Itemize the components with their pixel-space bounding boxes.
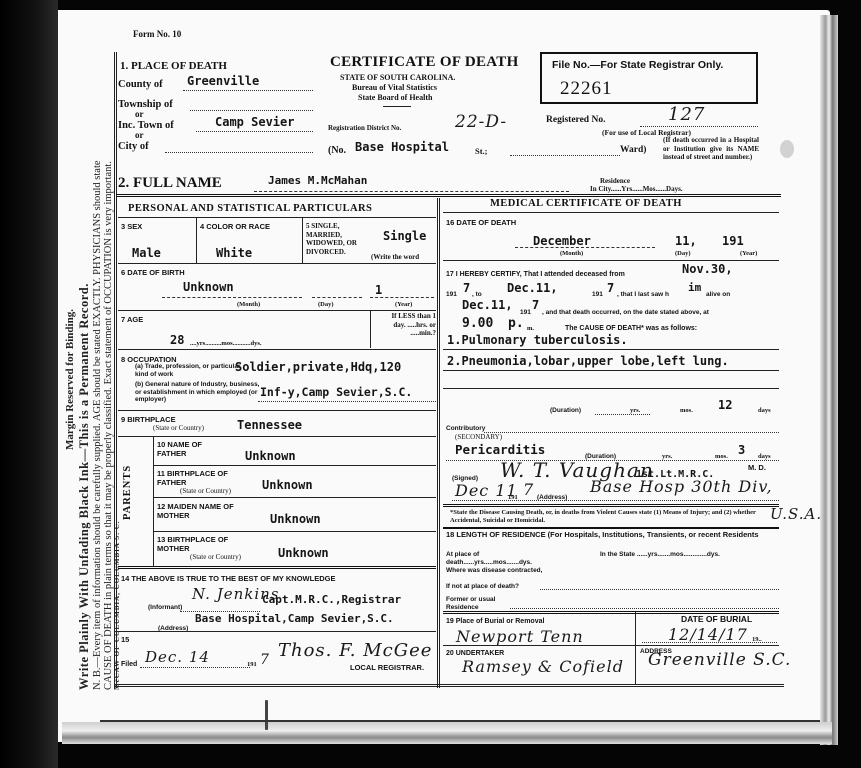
time-ampm: p.	[508, 316, 524, 331]
duration-yrs-dots	[595, 414, 650, 415]
certificate-title: CERTIFICATE OF DEATH	[330, 54, 519, 71]
full-name-dashes	[254, 191, 569, 192]
file-box-header: File No.—For State Registrar Only.	[552, 59, 723, 71]
rule	[118, 217, 436, 218]
duration-yrs: yrs.	[630, 407, 640, 414]
city-dots	[165, 152, 313, 153]
marital-value: Single	[383, 229, 426, 243]
informant-address: Base Hospital,Camp Sevier,S.C.	[195, 612, 394, 625]
margin-nb-line1: N. B.—Every item of information should b…	[92, 160, 103, 690]
cause-2: 2.Pneumonia,lobar,upper lobe,left lung.	[447, 354, 729, 368]
less-than-day: If LESS than 1 day. .....hrs. or .....mi…	[380, 312, 436, 338]
if-not-label: If not at place of death?	[446, 583, 519, 590]
m-label: m.	[527, 325, 534, 332]
dob-month: Unknown	[183, 280, 234, 294]
rule	[443, 527, 779, 529]
duration-label: (Duration)	[550, 407, 581, 414]
county-label: County of	[118, 79, 163, 90]
former-residence-label: Former or usual Residence	[446, 596, 516, 612]
contrib-days: days	[758, 453, 771, 460]
duration-mos: mos.	[680, 407, 693, 414]
filed-date: Dec. 14	[145, 648, 210, 666]
city-label: City of	[118, 141, 149, 152]
township-dots	[190, 110, 313, 111]
bureau-line: Bureau of Vital Statistics	[352, 83, 437, 92]
birthplace-label: 9 BIRTHPLACE	[121, 415, 176, 424]
binding-shadow	[0, 0, 58, 768]
from-year-prefix: 191	[446, 291, 457, 298]
reg-district-label: Registration District No.	[328, 124, 401, 132]
age-label: 7 AGE	[121, 315, 143, 324]
st-label: St.;	[475, 146, 488, 156]
contributory-value: Pericarditis	[455, 442, 545, 457]
rule	[443, 388, 779, 389]
full-name-label: 2. FULL NAME	[118, 175, 222, 192]
cause-label: The CAUSE OF DEATH* was as follows:	[565, 325, 697, 332]
dod-label: 16 DATE OF DEATH	[446, 218, 516, 227]
name-rule	[116, 194, 781, 197]
occ-a-label: (a) Trade, profession, or particular kin…	[135, 363, 245, 378]
father-bp-label: 11 BIRTHPLACE OF FATHER	[157, 469, 237, 487]
dob-day-line	[312, 297, 362, 298]
ward-dots	[510, 155, 620, 156]
burial-date-dots	[642, 642, 777, 643]
signed-year: 7	[523, 480, 534, 499]
rule	[153, 436, 154, 566]
rule	[443, 260, 779, 261]
filed-label: Filed	[121, 661, 137, 668]
physician-address-2: U.S.A.	[770, 505, 822, 523]
county-value: Greenville	[187, 74, 259, 88]
to-label: , to	[472, 291, 482, 298]
last-saw-year-prefix: 191	[520, 309, 531, 316]
dob-year: 1	[375, 283, 382, 297]
rule	[302, 217, 303, 263]
town-dots	[196, 131, 313, 132]
rule	[443, 645, 779, 646]
where-contracted-label: Where was disease contracted,	[446, 567, 542, 574]
occ-b-value: Inf-y,Camp Sevier,S.C.	[260, 385, 412, 399]
md-label: M. D.	[748, 463, 766, 472]
rule	[196, 217, 197, 263]
length-residence-label: 18 LENGTH OF RESIDENCE (For Hospitals, I…	[446, 531, 780, 540]
title-rule	[383, 106, 411, 107]
if-not-dots	[540, 589, 779, 590]
page-edge-bottom	[62, 722, 832, 744]
sex-label: 3 SEX	[121, 222, 142, 231]
contributory-dots	[484, 432, 779, 433]
contributory-label: Contributory	[446, 425, 485, 432]
place-of-death-label: 1. PLACE OF DEATH	[120, 60, 227, 72]
rule	[118, 436, 436, 437]
burial-date-label: DATE OF BURIAL	[681, 614, 752, 624]
mother-bp-label: 13 BIRTHPLACE OF MOTHER	[157, 535, 237, 553]
township-label: Township of	[118, 99, 173, 110]
informant-title: Capt.M.R.C.,Registrar	[262, 593, 401, 606]
or-label-2: or	[135, 130, 144, 140]
page-bottom-line	[100, 720, 820, 722]
mother-bp-value: Unknown	[278, 546, 329, 560]
him: im	[688, 281, 701, 294]
occ-b-dots	[258, 401, 436, 402]
filed-number: 15	[121, 635, 129, 644]
contrib-duration-days: 3	[738, 443, 745, 457]
rule	[443, 212, 779, 213]
registrar-signature: Thos. F. McGee	[278, 640, 432, 661]
board-line: State Board of Health	[358, 93, 432, 102]
informant-label: (Informant)	[148, 604, 182, 611]
medical-header: MEDICAL CERTIFICATE OF DEATH	[490, 198, 682, 209]
dod-month-line	[515, 247, 655, 248]
local-registrar-label: LOCAL REGISTRAR.	[350, 663, 424, 672]
rule	[443, 349, 779, 350]
dod-day: 11,	[675, 234, 697, 248]
rule	[443, 504, 779, 507]
rule	[153, 497, 436, 498]
state-line: STATE OF SOUTH CAROLINA.	[340, 73, 455, 82]
duration-days-value: 12	[718, 398, 732, 412]
attended-from: Nov.30,	[682, 262, 733, 276]
last-saw-date: Dec.11,	[462, 298, 513, 312]
to-year-prefix: 191	[592, 291, 603, 298]
mother-name-value: Unknown	[270, 512, 321, 526]
informant-header: 14 THE ABOVE IS TRUE TO THE BEST OF MY K…	[121, 574, 335, 583]
time-of-death: 9.00	[462, 316, 493, 331]
rule	[118, 410, 436, 411]
filed-year: 7	[260, 652, 270, 668]
town-value: Camp Sevier	[215, 115, 294, 129]
undertaker-address: Greenville S.C.	[648, 650, 791, 670]
physician-address: Base Hosp 30th Div,	[590, 477, 773, 496]
occ-b-label: (b) General nature of Industry, business…	[135, 381, 260, 404]
death-occurred-text: , and that death occurred, on the date s…	[542, 309, 709, 316]
rule	[635, 612, 636, 684]
father-name-value: Unknown	[245, 449, 296, 463]
file-number-box: File No.—For State Registrar Only. 22261	[540, 52, 758, 104]
margin-binding-note: Margin Reserved for Binding.	[64, 309, 76, 450]
rule	[153, 465, 436, 466]
in-city-label: In City......Yrs......Mos......Days.	[590, 185, 683, 193]
town-label: Inc. Town of	[118, 120, 174, 131]
filed-year-prefix: 191	[247, 661, 257, 668]
form-number: Form No. 10	[133, 29, 181, 39]
mother-name-label: 12 MAIDEN NAME OF MOTHER	[157, 502, 247, 520]
race-label: 4 COLOR OR RACE	[200, 222, 270, 231]
at-place-label: At place of death......yrs.....mos......…	[446, 551, 556, 567]
county-dots	[183, 90, 313, 91]
residence-label: Residence	[600, 177, 630, 185]
in-state-label: In the State ......yrs.......mos........…	[600, 551, 778, 559]
sex-value: Male	[132, 246, 161, 260]
margin-write-plainly: Write Plainly With Unfading Black Ink—Th…	[77, 283, 92, 690]
birthplace-state-country: (State or Country)	[153, 424, 204, 432]
contrib-yrs: yrs.	[662, 453, 672, 460]
full-name-value: James M.McMahan	[268, 174, 367, 187]
registered-no-label: Registered No.	[546, 115, 605, 125]
column-divider	[437, 198, 440, 688]
secondary-label: (SECONDARY)	[455, 433, 502, 441]
cause-footnote: *State the Disease Causing Death, or, in…	[450, 509, 776, 525]
mother-bp-state-country: (State or Country)	[190, 553, 241, 561]
rule	[118, 566, 436, 569]
undertaker: Ramsey & Cofield	[462, 657, 624, 676]
parents-label: PARENTS	[122, 465, 133, 520]
occ-a-value: Soldier,private,Hdq,120	[235, 360, 401, 374]
age-units: ....yrs..........mos...........dys.	[190, 340, 262, 347]
contrib-mos: mos.	[715, 453, 728, 460]
no-label: (No.	[328, 145, 346, 156]
registered-no-dots	[640, 126, 758, 127]
birthplace-value: Tennessee	[237, 418, 302, 432]
marital-label: 5 SINGLE, MARRIED, WIDOWED, OR DIVORCED.	[306, 222, 368, 256]
last-saw-year: 7	[532, 298, 539, 312]
reg-district-value: 22-D-	[455, 112, 507, 132]
dod-month: December	[533, 234, 591, 248]
personal-header: PERSONAL AND STATISTICAL PARTICULARS	[128, 203, 372, 214]
rule	[370, 310, 371, 348]
dob-label: 6 DATE OF BIRTH	[121, 268, 185, 277]
alive-on: alive on	[706, 291, 730, 298]
street-value: Base Hospital	[355, 140, 449, 154]
filed-dots	[140, 667, 250, 668]
dod-day-caption: (Day)	[675, 250, 691, 257]
marital-note: (Write the word	[371, 253, 419, 261]
address-dots	[452, 500, 779, 501]
rule	[118, 631, 436, 632]
duration-days: days	[758, 407, 771, 414]
father-name-label: 10 NAME OF FATHER	[157, 440, 217, 458]
dod-year-caption: (Year)	[740, 250, 757, 257]
hospital-note: (If death occurred in a Hospital or Inst…	[663, 136, 759, 162]
ward-label: Ward)	[620, 145, 646, 155]
former-dots	[510, 608, 779, 609]
scan-scratch	[265, 700, 268, 730]
father-bp-state-country: (State or Country)	[180, 487, 231, 495]
father-bp-value: Unknown	[262, 478, 313, 492]
from-year: 7	[463, 281, 470, 295]
dob-month-line	[162, 297, 302, 298]
certify-label: 17 I HEREBY CERTIFY, That I attended dec…	[446, 271, 625, 278]
dod-year-prefix: 191	[722, 234, 744, 248]
cause-1: 1.Pulmonary tuberculosis.	[447, 333, 628, 347]
page-edge-right	[820, 15, 838, 745]
registered-no-value: 127	[668, 104, 705, 125]
rule	[118, 349, 436, 350]
last-saw-label: , that I last saw h	[617, 291, 669, 298]
attended-to: Dec.11,	[507, 281, 558, 295]
age-years: 28	[170, 333, 184, 347]
dod-month-caption: (Month)	[560, 250, 583, 257]
rule	[443, 370, 779, 371]
rule	[118, 310, 436, 311]
rule	[118, 263, 436, 264]
month-label: (Month)	[237, 301, 260, 308]
scan-smudge	[780, 140, 794, 158]
year-label: (Year)	[395, 301, 412, 308]
race-value: White	[216, 246, 252, 260]
rule	[153, 531, 436, 532]
to-year: 7	[607, 281, 614, 295]
burial-place-label: 19 Place of Burial or Removal	[446, 618, 544, 625]
frame-bottom-rule	[114, 684, 784, 688]
or-label-1: or	[135, 109, 144, 119]
dob-year-line	[370, 297, 434, 298]
day-label: (Day)	[318, 301, 334, 308]
file-number: 22261	[560, 78, 613, 100]
undertaker-label: 20 UNDERTAKER	[446, 650, 504, 657]
burial-place: Newport Tenn	[456, 627, 584, 646]
